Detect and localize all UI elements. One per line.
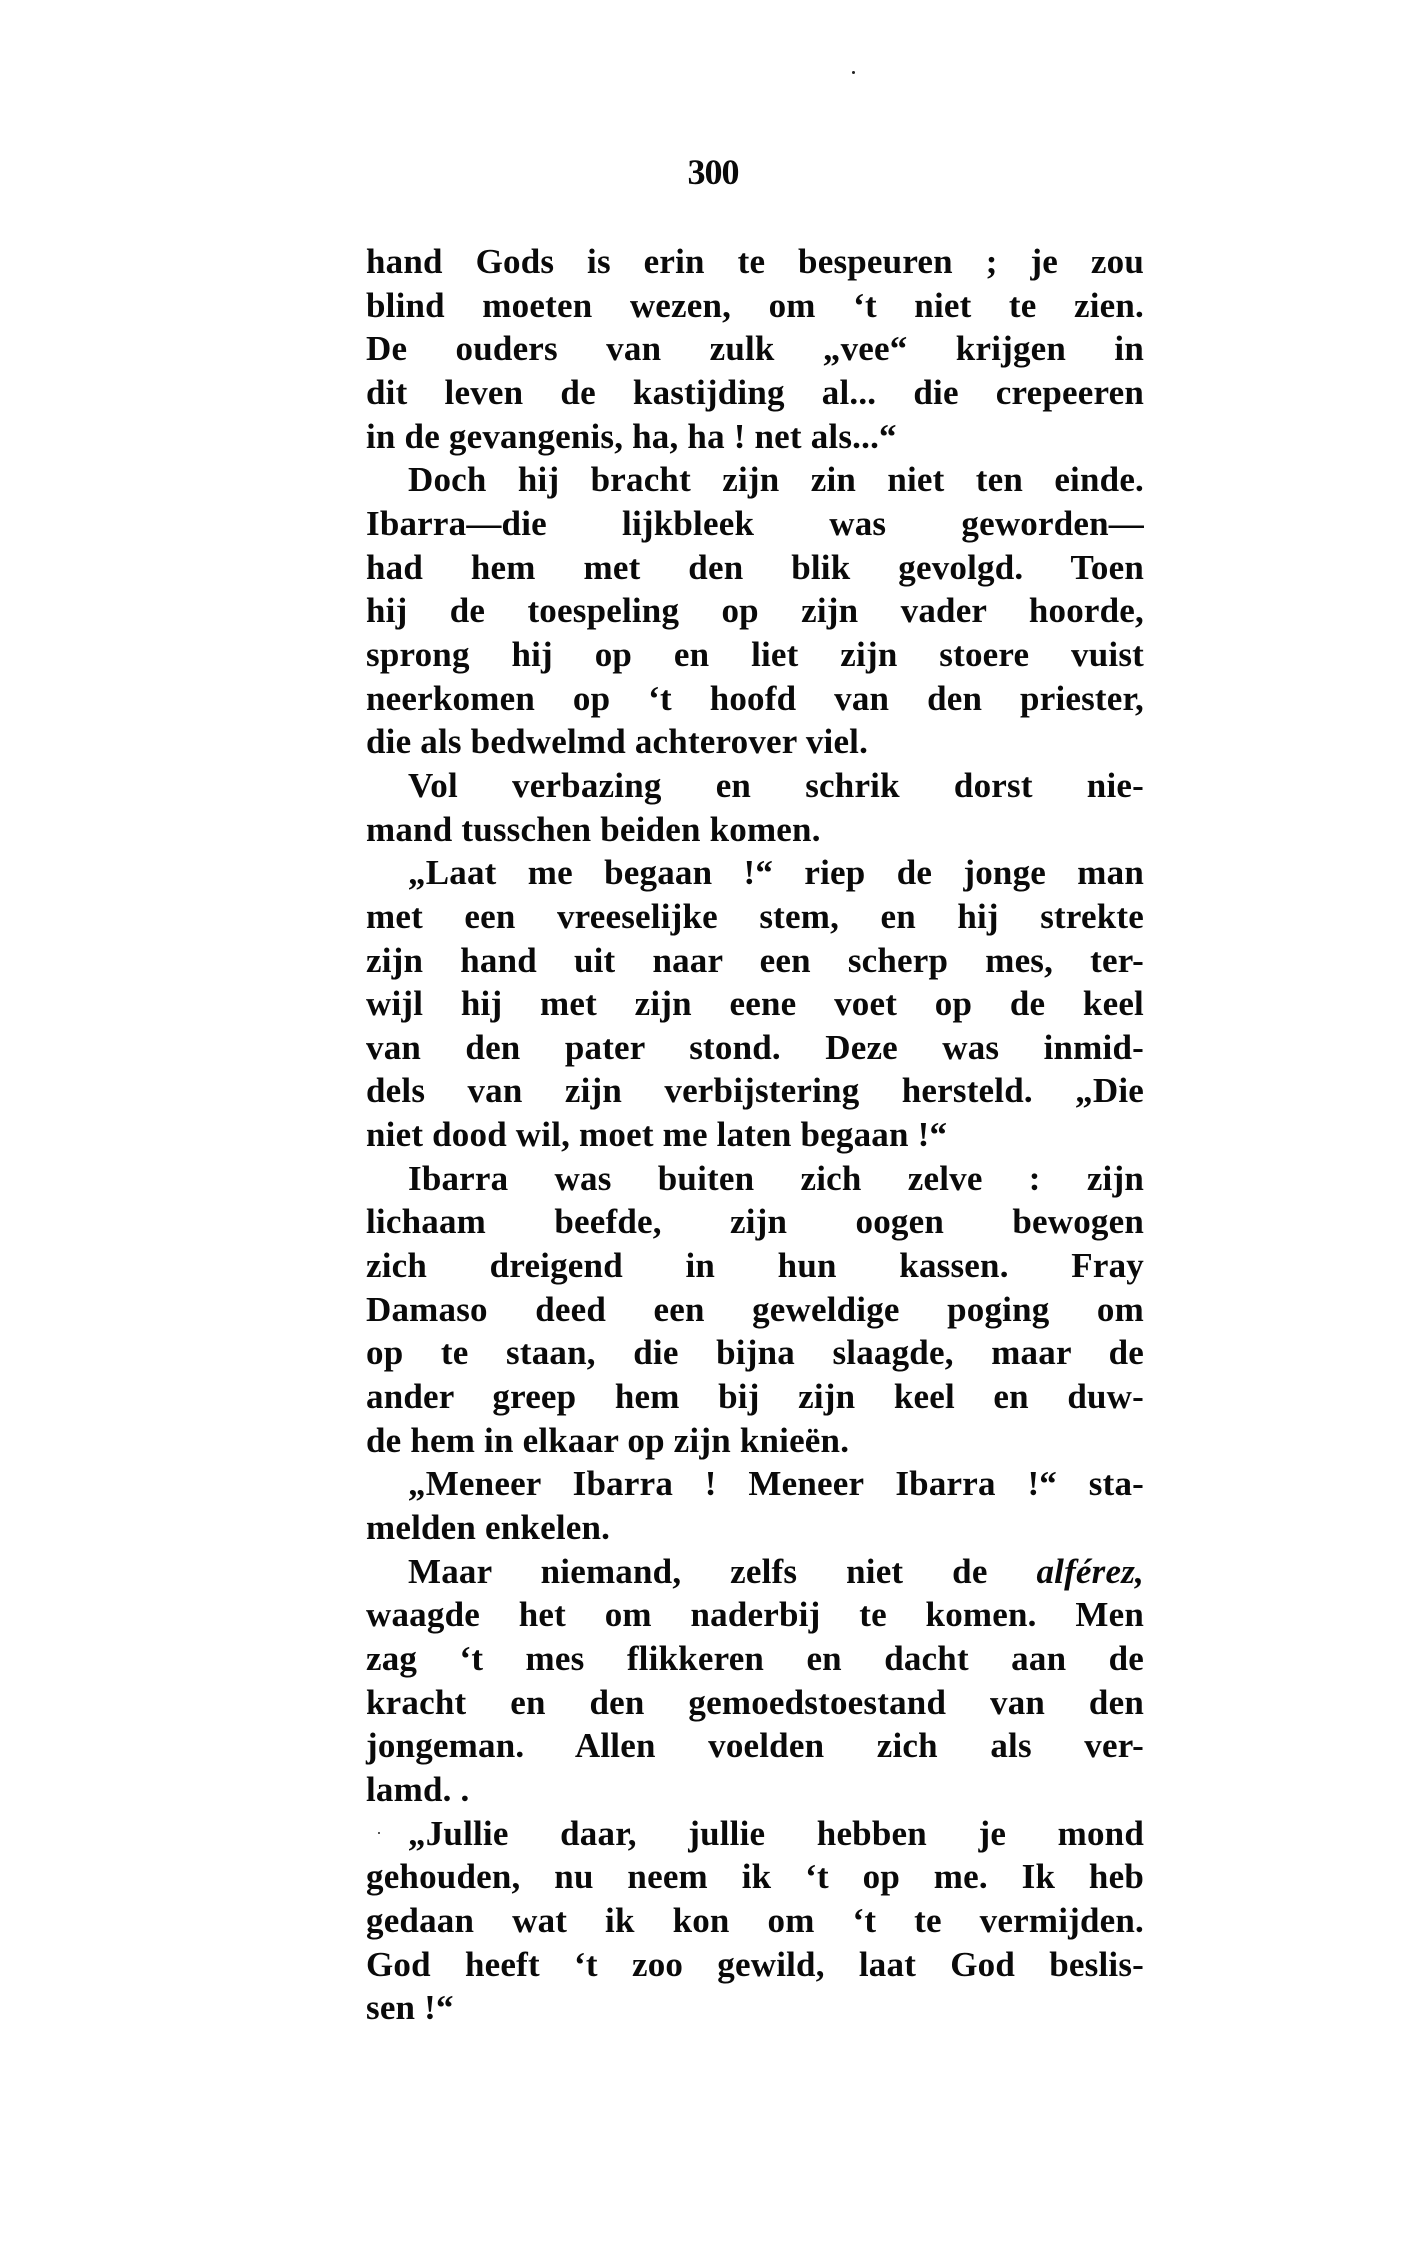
text-line: ander greep hem bij zijn keel en duw-: [366, 1375, 1144, 1419]
text-line: kracht en den gemoedstoestand van den: [366, 1681, 1144, 1725]
scan-speck: [852, 71, 855, 74]
text-line: zag ‘t mes flikkeren en dacht aan de: [366, 1637, 1144, 1681]
text-line: hij de toespeling op zijn vader hoorde,: [366, 589, 1144, 633]
paragraph: „Meneer Ibarra ! Meneer Ibarra !“ sta- m…: [366, 1462, 1144, 1549]
text-line: „Meneer Ibarra ! Meneer Ibarra !“ sta-: [366, 1462, 1144, 1506]
text-line: met een vreeselijke stem, en hij strekte: [366, 895, 1144, 939]
paragraph: hand Gods is erin te bespeuren ; je zou …: [366, 240, 1144, 458]
text-line: God heeft ‘t zoo gewild, laat God beslis…: [366, 1943, 1144, 1987]
text-line: van den pater stond. Deze was inmid-: [366, 1026, 1144, 1070]
text-line: hand Gods is erin te bespeuren ; je zou: [366, 240, 1144, 284]
italic-term: alférez,: [1036, 1552, 1144, 1591]
text-line: De ouders van zulk „vee“ krijgen in: [366, 327, 1144, 371]
text-line: Damaso deed een geweldige poging om: [366, 1288, 1144, 1332]
text-line: gedaan wat ik kon om ‘t te vermijden.: [366, 1899, 1144, 1943]
text-line: dit leven de kastijding al... die crepee…: [366, 371, 1144, 415]
text-line: lamd. .: [366, 1768, 1144, 1812]
text-line: melden enkelen.: [366, 1506, 1144, 1550]
text-line: zich dreigend in hun kassen. Fray: [366, 1244, 1144, 1288]
text-line: die als bedwelmd achterover viel.: [366, 720, 1144, 764]
text-line: jongeman. Allen voelden zich als ver-: [366, 1724, 1144, 1768]
text-line: de hem in elkaar op zijn knieën.: [366, 1419, 1144, 1463]
page-number: 300: [0, 152, 1426, 192]
text-line: wijl hij met zijn eene voet op de keel: [366, 982, 1144, 1026]
text-line: neerkomen op ‘t hoofd van den priester,: [366, 677, 1144, 721]
text-line: Maar niemand, zelfs niet de alférez,: [366, 1550, 1144, 1594]
paragraph: Vol verbazing en schrik dorst nie- mand …: [366, 764, 1144, 851]
text-line: waagde het om naderbij te komen. Men: [366, 1593, 1144, 1637]
text-line: gehouden, nu neem ik ‘t op me. Ik heb: [366, 1855, 1144, 1899]
text-line: lichaam beefde, zijn oogen bewogen: [366, 1200, 1144, 1244]
text-line: mand tusschen beiden komen.: [366, 808, 1144, 852]
text-line: „Laat me begaan !“ riep de jonge man: [366, 851, 1144, 895]
paragraph: Maar niemand, zelfs niet de alférez, waa…: [366, 1550, 1144, 1812]
text-line: op te staan, die bijna slaagde, maar de: [366, 1331, 1144, 1375]
text-line: Vol verbazing en schrik dorst nie-: [366, 764, 1144, 808]
text-line: Ibarra—die lijkbleek was geworden—: [366, 502, 1144, 546]
paragraph: „Jullie daar, jullie hebben je mond geho…: [366, 1812, 1144, 2030]
text-segment: Maar niemand, zelfs niet de: [408, 1552, 988, 1591]
paragraph: Doch hij bracht zijn zin niet ten einde.…: [366, 458, 1144, 764]
paragraph: „Laat me begaan !“ riep de jonge man met…: [366, 851, 1144, 1157]
text-line: niet dood wil, moet me laten begaan !“: [366, 1113, 1144, 1157]
text-line: dels van zijn verbijstering hersteld. „D…: [366, 1069, 1144, 1113]
text-line: zijn hand uit naar een scherp mes, ter-: [366, 939, 1144, 983]
book-text: hand Gods is erin te bespeuren ; je zou …: [366, 240, 1144, 2030]
text-line: Ibarra was buiten zich zelve : zijn: [366, 1157, 1144, 1201]
text-line: blind moeten wezen, om ‘t niet te zien.: [366, 284, 1144, 328]
text-line: had hem met den blik gevolgd. Toen: [366, 546, 1144, 590]
paragraph: Ibarra was buiten zich zelve : zijn lich…: [366, 1157, 1144, 1463]
text-line: sen !“: [366, 1986, 1144, 2030]
text-line: sprong hij op en liet zijn stoere vuist: [366, 633, 1144, 677]
text-line: in de gevangenis, ha, ha ! net als...“: [366, 415, 1144, 459]
text-line: „Jullie daar, jullie hebben je mond: [366, 1812, 1144, 1856]
text-line: Doch hij bracht zijn zin niet ten einde.: [366, 458, 1144, 502]
